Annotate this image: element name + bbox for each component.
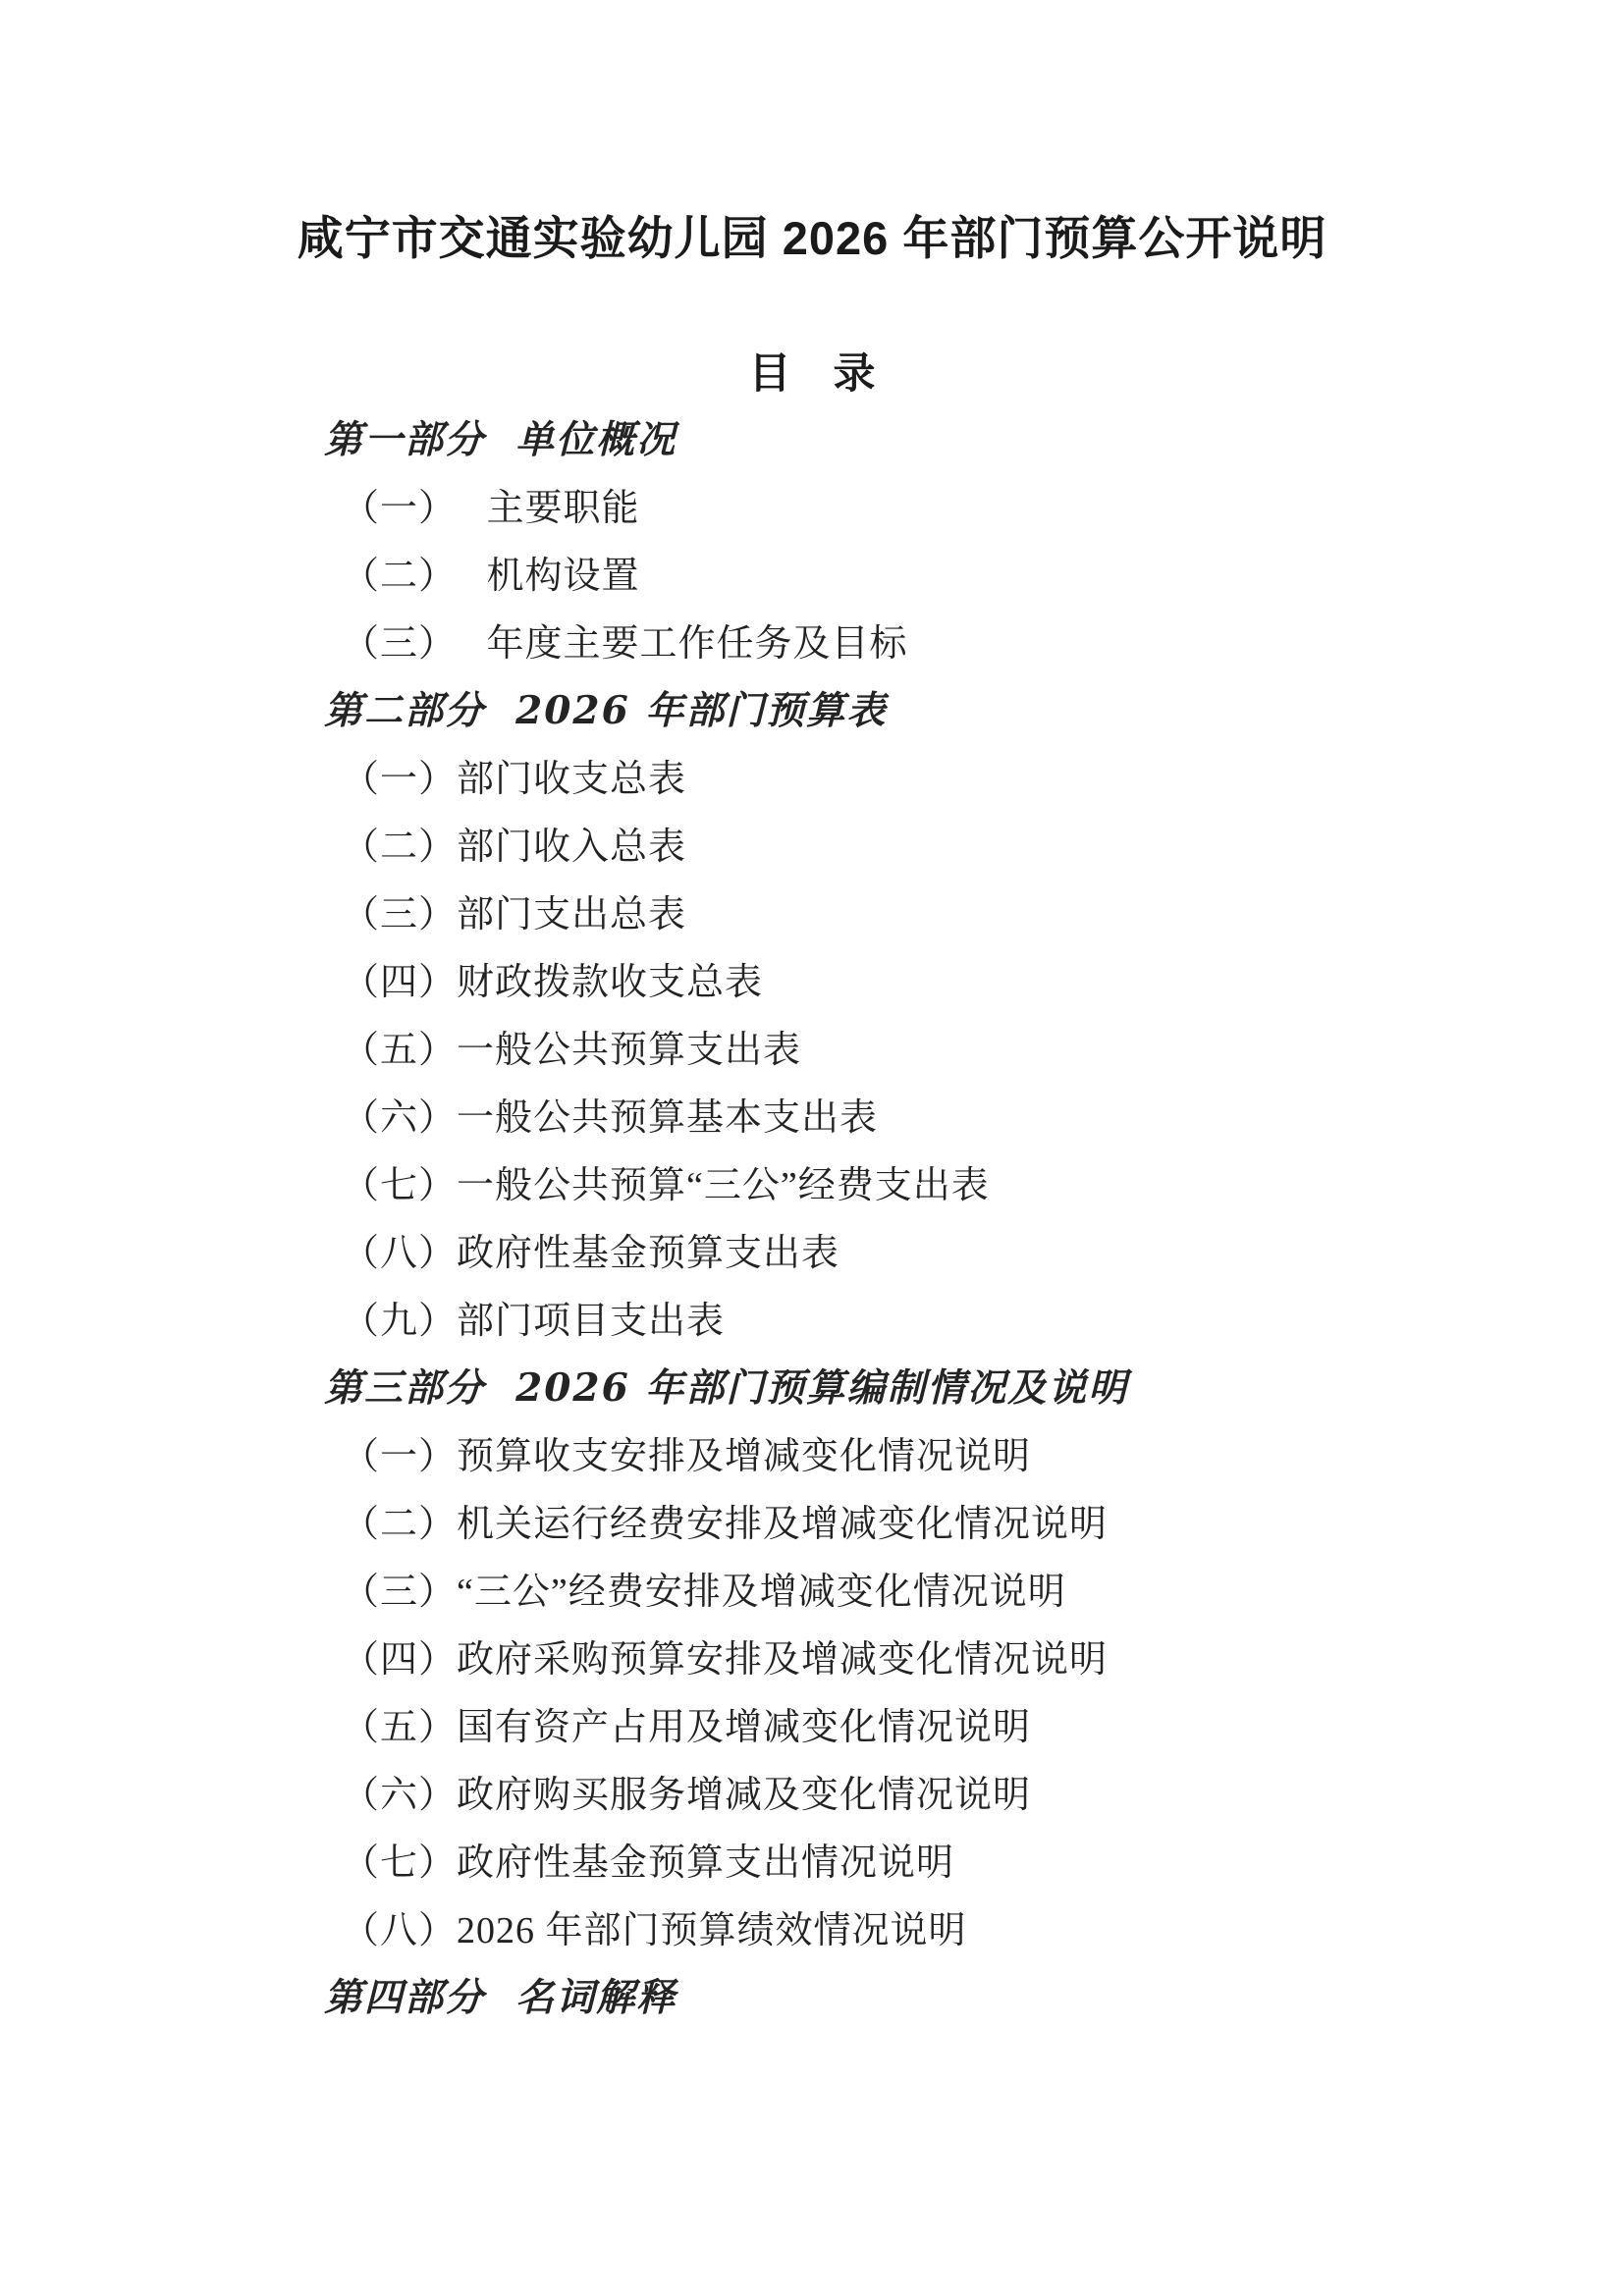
toc-item: （二）部门收入总表 [324,809,1624,877]
toc-item: （一） 主要职能 [324,470,1624,538]
toc-item: （二） 机构设置 [324,538,1624,606]
toc-part-4-heading: 第四部分 名词解释 [324,1960,1624,2028]
toc-item: （八）2026 年部门预算绩效情况说明 [324,1893,1624,1960]
document-page: 咸宁市交通实验幼儿园 2026 年部门预算公开说明 目 录 第一部分 单位概况 … [0,0,1624,2296]
toc-item: （八）政府性基金预算支出表 [324,1215,1624,1283]
toc-item: （五）一般公共预算支出表 [324,1012,1624,1080]
toc-item: （六）一般公共预算基本支出表 [324,1080,1624,1148]
toc-part-2-heading: 第二部分 2026 年部门预算表 [324,673,1624,741]
toc-item: （三） 年度主要工作任务及目标 [324,606,1624,673]
toc-part-3-heading: 第三部分 2026 年部门预算编制情况及说明 [324,1351,1624,1418]
toc-item: （九）部门项目支出表 [324,1283,1624,1351]
toc-header: 目 录 [0,351,1624,397]
toc-item: （七）一般公共预算“三公”经费支出表 [324,1148,1624,1215]
toc-item: （六）政府购买服务增减及变化情况说明 [324,1757,1624,1825]
toc-item: （三）“三公”经费安排及增减变化情况说明 [324,1554,1624,1622]
document-title: 咸宁市交通实验幼儿园 2026 年部门预算公开说明 [0,0,1624,263]
toc-item: （五）国有资产占用及增减变化情况说明 [324,1689,1624,1757]
toc-item: （三）部门支出总表 [324,877,1624,944]
toc-part-1-heading: 第一部分 单位概况 [324,402,1624,470]
toc-item: （四）政府采购预算安排及增减变化情况说明 [324,1622,1624,1689]
toc-item: （一）预算收支安排及增减变化情况说明 [324,1418,1624,1486]
toc-item: （二）机关运行经费安排及增减变化情况说明 [324,1486,1624,1554]
toc-item: （七）政府性基金预算支出情况说明 [324,1825,1624,1893]
toc-item: （四）财政拨款收支总表 [324,944,1624,1012]
toc-item: （一）部门收支总表 [324,741,1624,809]
table-of-contents: 第一部分 单位概况 （一） 主要职能 （二） 机构设置 （三） 年度主要工作任务… [0,402,1624,2028]
